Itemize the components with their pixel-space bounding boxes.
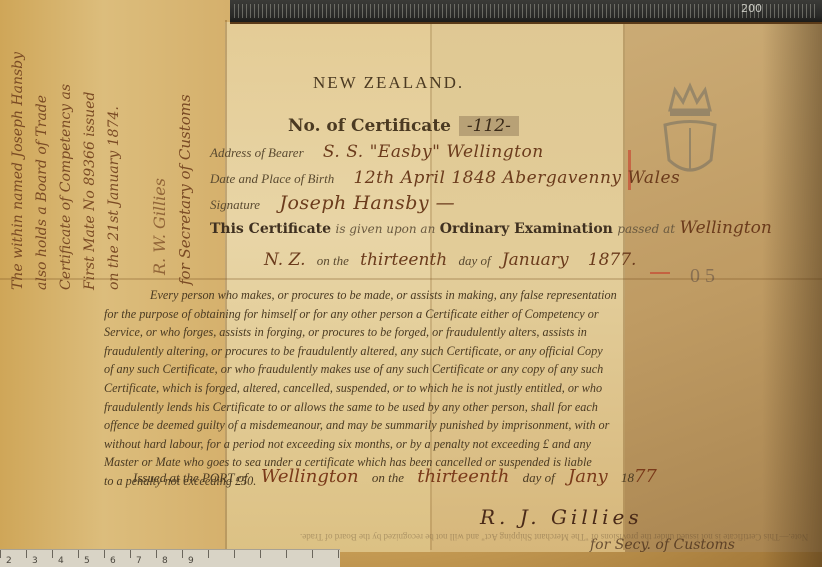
issued-day-of: day of [523, 470, 555, 485]
warning-paragraph: Every person who makes, or procures to b… [104, 286, 712, 491]
ruler-label: 200 [741, 2, 762, 15]
ruler-label: 8 [162, 556, 188, 566]
margin-endorsement: The within named Joseph Hansby also hold… [6, 0, 126, 290]
ruler-label: 5 [84, 556, 110, 566]
paragraph-line: fraudulently altering, or procures to be… [104, 342, 712, 361]
paragraph-line: of any such Certificate, or who fraudule… [104, 360, 712, 379]
field-label: Signature [210, 197, 260, 212]
issued-on-the: on the [372, 470, 404, 485]
document-title: NEW ZEALAND. [313, 73, 464, 93]
endorsement-line: First Mate No 89366 issued [78, 0, 102, 290]
endorsement-signature: R. W. Gillies [150, 178, 169, 275]
official-signature-title: for Secy. of Customs [590, 537, 735, 553]
issued-line: Issued at the PORT of Wellington on the … [133, 466, 667, 487]
document-photo: 200 0 5 NEW ZEALAND. No. of Certificate … [0, 0, 822, 567]
certificate-number-label: No. of Certificate [288, 116, 451, 136]
field-address: Address of Bearer S. S. "Easby" Wellingt… [210, 142, 544, 162]
certificate-number: No. of Certificate -112- [288, 116, 519, 136]
issued-port: Wellington [261, 466, 359, 487]
field-label: Address of Bearer [210, 145, 304, 160]
issued-month: Jany [568, 466, 608, 487]
exam-middle: is given upon an [335, 222, 435, 236]
exam-year: 1877. [588, 250, 637, 270]
endorsement-line: The within named Joseph Hansby [6, 0, 30, 290]
ruler-label: 7 [136, 556, 162, 566]
exam-passed-at: passed at [617, 222, 675, 236]
issued-year-prefix: 18 [621, 470, 634, 485]
issued-day: thirteenth [417, 466, 509, 487]
ruler-label: 2 [6, 556, 32, 566]
issued-label: Issued at the PORT of [133, 470, 248, 485]
field-value: 12th April 1848 Abergavenny Wales [353, 168, 680, 188]
paragraph-line: for the purpose of obtaining for himself… [104, 305, 712, 324]
field-label: Date and Place of Birth [210, 171, 334, 186]
ruler-labels: 2 3 4 5 6 7 8 9 [6, 556, 214, 566]
paragraph-line: fraudulently lends his Certificate to or… [104, 398, 712, 417]
paragraph-line: offence be deemed guilty of a misdemeano… [104, 416, 712, 435]
exam-on-the: on the [317, 253, 349, 268]
ruler-label: 3 [32, 556, 58, 566]
certificate-number-value: -112- [459, 116, 519, 136]
field-value: S. S. "Easby" Wellington [323, 142, 544, 162]
paragraph-line: Service, or who forges, assists in forgi… [104, 323, 712, 342]
exam-place: Wellington [680, 218, 772, 238]
paragraph-line: without hard labour, for a period not ex… [104, 435, 712, 454]
ruler-label: 4 [58, 556, 84, 566]
field-birth: Date and Place of Birth 12th April 1848 … [210, 168, 680, 188]
ruler-label: 9 [188, 556, 214, 566]
field-value: Joseph Hansby — [279, 192, 455, 214]
red-mark [650, 272, 670, 274]
issued-year-suffix: 77 [634, 466, 657, 487]
exam-day-of: day of [458, 253, 490, 268]
exam-prefix: This Certificate [210, 221, 331, 237]
bottom-ruler: 2 3 4 5 6 7 8 9 [0, 549, 340, 567]
examination-line: This Certificate is given upon an Ordina… [210, 218, 772, 238]
top-ruler: 200 [230, 0, 822, 24]
examination-date-line: N. Z. on the thirteenth day of January 1… [256, 250, 644, 270]
paragraph-line: Every person who makes, or procures to b… [104, 286, 712, 305]
shadow [762, 0, 822, 567]
endorsement-line: also holds a Board of Trade [30, 0, 54, 290]
official-signature: R. J. Gillies [480, 505, 643, 529]
ruler-label: 6 [110, 556, 136, 566]
exam-type: Ordinary Examination [440, 221, 613, 237]
exam-place-line2: N. Z. [264, 250, 306, 270]
endorsement-signature-title: for Secretary of Customs [176, 94, 194, 285]
paragraph-line: Certificate, which is forged, altered, c… [104, 379, 712, 398]
stamp-mark: 0 5 [690, 265, 715, 288]
ruler-ticks [234, 4, 818, 18]
field-signature: Signature Joseph Hansby — [210, 192, 455, 214]
endorsement-line: Certificate of Competency as [54, 0, 78, 290]
exam-day: thirteenth [360, 250, 447, 270]
exam-month: January [502, 250, 569, 270]
endorsement-line: on the 21st January 1874. [102, 0, 126, 290]
